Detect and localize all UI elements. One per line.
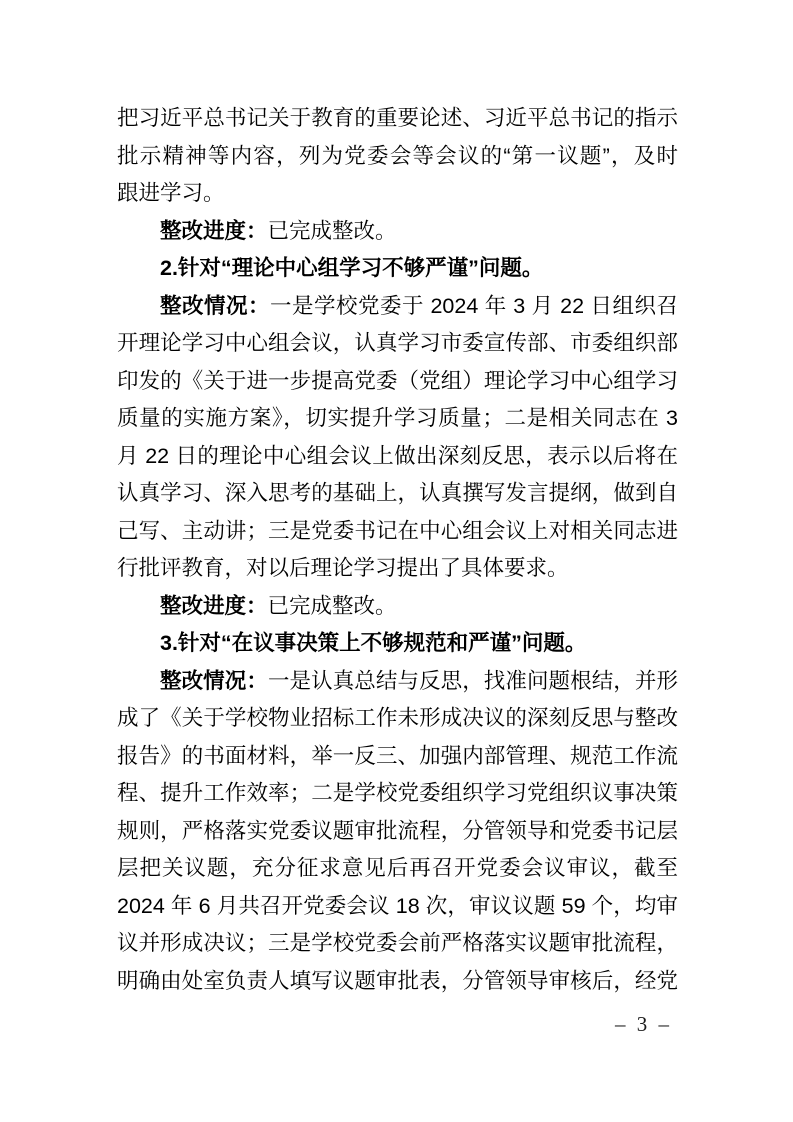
text-line: 议并形成决议；三是学校党委会前严格落实议题审批流程， (117, 925, 678, 963)
text-line: 报告》的书面材料，举一反三、加强内部管理、规范工作流 (117, 738, 678, 776)
text-line: 规则，严格落实党委议题审批流程，分管领导和党委书记层 (117, 813, 678, 851)
text-line: 整改进度：已完成整改。 (117, 213, 678, 251)
text-line: 层把关议题，充分征求意见后再召开党委会议审议，截至 (117, 850, 678, 888)
text-line: 质量的实施方案》，切实提升学习质量；二是相关同志在 3 (117, 400, 678, 438)
text-line: 月 22 日的理论中心组会议上做出深刻反思，表示以后将在 (117, 438, 678, 476)
text-line: 认真学习、深入思考的基础上，认真撰写发言提纲，做到自 (117, 475, 678, 513)
bold-label: 整改情况： (160, 294, 270, 318)
text-line: 3.针对“在议事决策上不够规范和严谨”问题。 (117, 625, 678, 663)
text-line: 批示精神等内容，列为党委会等会议的“第一议题”，及时 (117, 138, 678, 176)
text-line: 整改进度：已完成整改。 (117, 588, 678, 626)
bold-label: 整改进度： (160, 594, 268, 618)
text-line: 把习近平总书记关于教育的重要论述、习近平总书记的指示 (117, 100, 678, 138)
document-page: 把习近平总书记关于教育的重要论述、习近平总书记的指示批示精神等内容，列为党委会等… (0, 0, 793, 1122)
text-line: 整改情况：一是学校党委于 2024 年 3 月 22 日组织召 (117, 288, 678, 326)
bold-label: 整改进度： (160, 219, 268, 243)
text-line: 开理论学习中心组会议，认真学习市委宣传部、市委组织部 (117, 325, 678, 363)
text-line: 2024 年 6 月共召开党委会议 18 次，审议议题 59 个，均审 (117, 888, 678, 926)
text-line: 成了《关于学校物业招标工作未形成决议的深刻反思与整改 (117, 700, 678, 738)
text-line: 明确由处室负责人填写议题审批表，分管领导审核后，经党 (117, 963, 678, 1001)
text-line: 跟进学习。 (117, 175, 678, 213)
text-line: 程、提升工作效率；二是学校党委组织学习党组织议事决策 (117, 775, 678, 813)
page-number: – 3 – (615, 1012, 672, 1037)
text-line: 整改情况：一是认真总结与反思，找准问题根结，并形 (117, 663, 678, 701)
text-line: 己写、主动讲；三是党委书记在中心组会议上对相关同志进 (117, 513, 678, 551)
text-line: 行批评教育，对以后理论学习提出了具体要求。 (117, 550, 678, 588)
text-line: 印发的《关于进一步提高党委（党组）理论学习中心组学习 (117, 363, 678, 401)
document-body: 把习近平总书记关于教育的重要论述、习近平总书记的指示批示精神等内容，列为党委会等… (117, 100, 678, 1000)
text-line: 2.针对“理论中心组学习不够严谨”问题。 (117, 250, 678, 288)
bold-label: 整改情况： (160, 669, 268, 693)
